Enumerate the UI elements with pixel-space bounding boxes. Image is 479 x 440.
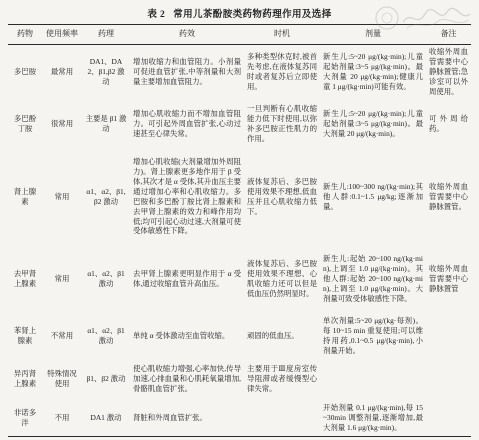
cell-pharmacology: α1、α2、β1 激动 — [82, 314, 130, 358]
cell-note: 收缩外周血管需要中心静脉置管;急诊室可以外周使用。 — [426, 44, 471, 99]
cell-timing: 一旦判断有心肌收缩能力低下时使用,以弥补多巴胺正性肌力的作用。 — [244, 99, 320, 149]
table-row-phenylephrine: 苯肾上腺素 不常用 α1、α2、β1 激动 单纯 α 受体激动至血管收缩。 顽固… — [8, 314, 471, 358]
cell-pharmacology: α1、α2、β1 激动 — [82, 244, 130, 314]
cell-frequency: 最常用 — [42, 44, 82, 99]
col-header-note: 备注 — [426, 25, 471, 45]
col-header-frequency: 使用频率 — [42, 25, 82, 45]
table-row-epinephrine: 肾上腺素 常用 α1、α2、β1,β2 激动 增加心肌收缩(大剂量增加外周阻力)… — [8, 149, 471, 244]
table-row-dobutamine: 多巴酚丁胺 很常用 主要是 β1 激动 增加心肌收缩力而不增加血管阻力。可引起外… — [8, 99, 471, 149]
cell-drug: 异丙肾上腺素 — [8, 358, 42, 400]
cell-frequency: 常用 — [42, 149, 82, 244]
cell-note — [426, 358, 471, 400]
cell-note — [426, 400, 471, 436]
cell-effect: 增加心肌收缩力而不增加血管阻力。可引起外周血管扩张,心动过速甚至心律失常。 — [130, 99, 244, 149]
cell-drug: 非诺多泮 — [8, 400, 42, 436]
cell-dose: 新生儿:100~300 ng/(kg·min);其他人群:0.1~1.5 μg/… — [320, 149, 426, 244]
cell-dose: 新生儿:起始 20~100 ng/(kg·min),上调至 1.0 μg/(kg… — [320, 244, 426, 314]
cell-effect: 使心肌收缩力增强,心率加快,传导加速,心排血量和心肌耗氧量增加,骨骼肌血管扩张。 — [130, 358, 244, 400]
cell-frequency: 很常用 — [42, 99, 82, 149]
table-title: 表 2常用儿茶酚胺类药物药理作用及选择 — [8, 3, 471, 24]
cell-note: 可外周给药。 — [426, 99, 471, 149]
cell-drug: 苯肾上腺素 — [8, 314, 42, 358]
cell-timing: 液体复苏后、多巴胺使用效果不理想、心肌收缩力还可以但是低血压仍然明显时。 — [244, 244, 320, 314]
cell-dose: 开始剂量 0.1 μg/(kg·min),每 15~30min 调整剂量,逐渐增… — [320, 400, 426, 436]
table-row-dopamine: 多巴胺 最常用 DA1、DA2、β1,β2 激动 增加收缩力和血管阻力。小剂量可… — [8, 44, 471, 99]
cell-drug: 多巴胺 — [8, 44, 42, 99]
cell-timing: 主要用于Ⅲ度房室传导阻滞或者缓慢型心律失常。 — [244, 358, 320, 400]
header-row: 药物 使用频率 药理 药效 时机 剂量 备注 — [8, 25, 471, 45]
cell-pharmacology: β1、β2 激动 — [82, 358, 130, 400]
cell-effect: 增加收缩力和血管阻力。小剂量可促进血管扩张,中等剂量和大剂量主要增加血管阻力。 — [130, 44, 244, 99]
cell-pharmacology: 主要是 β1 激动 — [82, 99, 130, 149]
cell-drug: 肾上腺素 — [8, 149, 42, 244]
cell-effect: 增加心肌收缩(大剂量增加外周阻力)。肾上腺素更多地作用于 β 受体,其次才是 α… — [130, 149, 244, 244]
cell-pharmacology: α1、α2、β1,β2 激动 — [82, 149, 130, 244]
cell-frequency: 常用 — [42, 244, 82, 314]
col-header-dose: 剂量 — [320, 25, 426, 45]
cell-frequency: 特殊情况使用 — [42, 358, 82, 400]
cell-note: 收缩外周血管需要中心静脉置管 — [426, 244, 471, 314]
cell-pharmacology: DA1、DA2、β1,β2 激动 — [82, 44, 130, 99]
table-number: 表 2 — [147, 10, 165, 20]
table-row-norepinephrine: 去甲肾上腺素 常用 α1、α2、β1 激动 去甲肾上腺素更明显作用于 α 受体,… — [8, 244, 471, 314]
cell-dose: 新生儿:5~20 μg/(kg·min);儿童起始剂量:3~5 μg/(kg·m… — [320, 99, 426, 149]
table-row-fenoldopam: 非诺多泮 不用 DA1 激动 肾脏和外周血管扩张。 开始剂量 0.1 μg/(k… — [8, 400, 471, 436]
cell-effect: 去甲肾上腺素更明显作用于 α 受体,通过收缩血管升高血压。 — [130, 244, 244, 314]
table-title-text: 常用儿茶酚胺类药物药理作用及选择 — [173, 10, 331, 20]
cell-dose — [320, 358, 426, 400]
cell-timing: 液体复苏后、多巴胺使用效果不理想,低血压并且心肌收缩力低下。 — [244, 149, 320, 244]
col-header-pharmacology: 药理 — [82, 25, 130, 45]
cell-pharmacology: DA1 激动 — [82, 400, 130, 436]
cell-drug: 多巴酚丁胺 — [8, 99, 42, 149]
cell-note — [426, 314, 471, 358]
cell-drug: 去甲肾上腺素 — [8, 244, 42, 314]
cell-effect: 单纯 α 受体激动至血管收缩。 — [130, 314, 244, 358]
cell-frequency: 不常用 — [42, 314, 82, 358]
col-header-drug: 药物 — [8, 25, 42, 45]
cell-dose: 单次剂量:5~20 μg/(kg·每剂)。每 10~15 min 重复使用;可以… — [320, 314, 426, 358]
cell-timing: 顽固的低血压。 — [244, 314, 320, 358]
cell-note: 收缩外周血管需要中心静脉置管。 — [426, 149, 471, 244]
cell-effect: 肾脏和外周血管扩张。 — [130, 400, 244, 436]
table-row-isoproterenol: 异丙肾上腺素 特殊情况使用 β1、β2 激动 使心肌收缩力增强,心率加快,传导加… — [8, 358, 471, 400]
cell-timing: 多种类型休克时,被首先考虑,在液体复苏同时或者复苏后立即使用。 — [244, 44, 320, 99]
col-header-effect: 药效 — [130, 25, 244, 45]
col-header-timing: 时机 — [244, 25, 320, 45]
cell-frequency: 不用 — [42, 400, 82, 436]
cell-dose: 新生儿:5~20 μg/(kg·min);儿童起始剂量:3~5 μg/(kg·m… — [320, 44, 426, 99]
scanned-page: 表 2常用儿茶酚胺类药物药理作用及选择 药物 使用频率 药理 药效 时机 剂量 … — [0, 0, 479, 437]
cell-timing — [244, 400, 320, 436]
drug-table: 药物 使用频率 药理 药效 时机 剂量 备注 多巴胺 最常用 DA1、DA2、β… — [8, 24, 471, 437]
